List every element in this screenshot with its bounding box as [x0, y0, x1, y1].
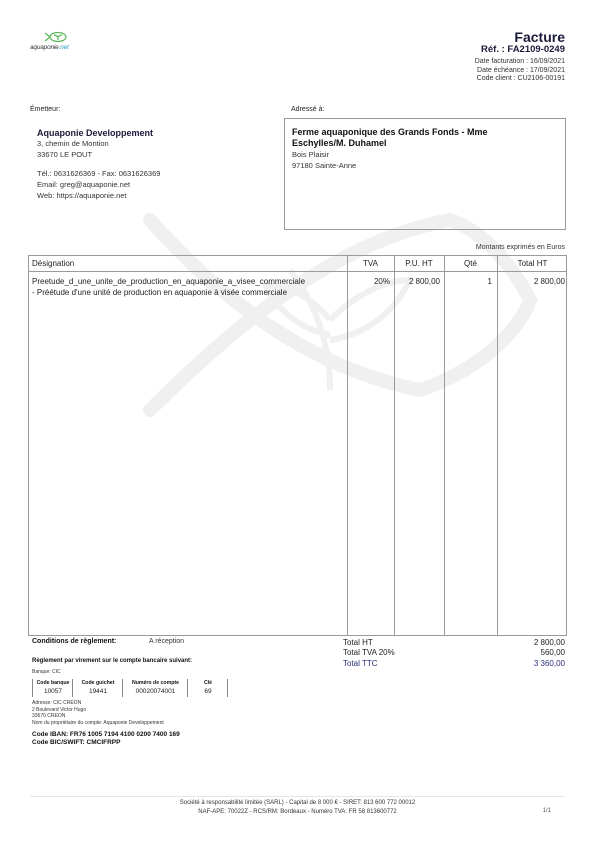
recipient-label: Adressé à:	[291, 106, 324, 113]
item-designation-code: Preetude_d_une_unite_de_production_en_aq…	[32, 277, 344, 288]
sender-label: Émetteur:	[30, 106, 60, 113]
total-ht-row: Total HT2 800,00	[343, 638, 565, 648]
total-ttc-row: Total TTC3 360,00	[343, 659, 565, 669]
invoice-reference: Réf. : FA2109-0249	[481, 44, 565, 55]
client-code: Code client : CU2106-00191	[475, 75, 565, 84]
item-unit-price: 2 800,00	[394, 277, 440, 288]
footer-divider	[30, 796, 565, 797]
branch-code-cell: Code guichet19441	[72, 679, 123, 697]
bank-name: Banque: CIC	[32, 669, 61, 675]
item-total: 2 800,00	[497, 277, 565, 288]
sender-web: Web: https://aquaponie.net	[37, 190, 275, 201]
sender-email: Email: greg@aquaponie.net	[37, 179, 275, 190]
sender-address-1: 3, chemin de Montion	[37, 138, 275, 149]
due-date: Date échéance : 17/09/2021	[475, 67, 565, 76]
bank-transfer-title: Règlement par virement sur le compte ban…	[32, 658, 192, 664]
item-designation-description: - Préétude d'une unité de production en …	[32, 288, 344, 299]
iban: Code IBAN: FR76 1005 7194 4100 0200 7400…	[32, 731, 180, 739]
currency-note: Montants exprimés en Euros	[476, 244, 565, 251]
column-header-qty: Qté	[444, 259, 497, 268]
company-logo: aquaponie.net	[28, 30, 88, 56]
sender-address-2: 33670 LE POUT	[37, 149, 275, 160]
bank-code-cell: Code banque10057	[32, 679, 73, 697]
recipient-block: Ferme aquaponique des Grands Fonds - Mme…	[284, 118, 566, 230]
invoice-date: Date facturation : 16/09/2021	[475, 58, 565, 67]
legal-footer: Société à responsabilité limitée (SARL) …	[0, 799, 595, 817]
sender-name: Aquaponie Developpement	[37, 128, 275, 138]
total-ttc-value: 3 360,00	[534, 659, 565, 669]
column-header-tva: TVA	[347, 259, 394, 268]
payment-conditions-value: A réception	[149, 638, 184, 645]
column-header-unit-price: P.U. HT	[394, 259, 444, 268]
payment-conditions-label: Conditions de règlement:	[32, 638, 116, 645]
fish-logo-icon	[28, 30, 88, 44]
sender-block: Aquaponie Developpement 3, chemin de Mon…	[30, 120, 275, 225]
column-header-designation: Désignation	[32, 259, 74, 268]
recipient-address-2: 97180 Sainte-Anne	[292, 160, 565, 171]
account-owner: Nom du propriétaire du compte: Aquaponie…	[32, 720, 164, 727]
bank-codes: Code IBAN: FR76 1005 7194 4100 0200 7400…	[32, 731, 180, 747]
bic-swift: Code BIC/SWIFT: CMCIFRPP	[32, 739, 180, 747]
bank-address: Adresse: CIC CREON 2 Boulevard Victor Hu…	[32, 700, 164, 726]
item-qty: 1	[444, 277, 492, 288]
item-tva: 20%	[347, 277, 390, 288]
rib-key-cell: Clé69	[187, 679, 228, 697]
table-row: Preetude_d_une_unite_de_production_en_aq…	[32, 277, 344, 298]
account-number-cell: Numéro de compte00020074001	[122, 679, 188, 697]
recipient-name-1: Ferme aquaponique des Grands Fonds - Mme	[292, 127, 565, 138]
recipient-address-1: Bois Plaisir	[292, 149, 565, 160]
sender-phone-fax: Tél.: 0631626369 - Fax: 0631626369	[37, 168, 275, 179]
total-tva-value: 560,00	[541, 648, 565, 658]
recipient-name-2: Eschylles/M. Duhamel	[292, 138, 565, 149]
total-ht-value: 2 800,00	[534, 638, 565, 648]
logo-text: aquaponie.net	[30, 44, 69, 51]
page-number: 1/1	[543, 808, 551, 814]
invoice-meta: Date facturation : 16/09/2021 Date échéa…	[475, 58, 565, 84]
column-header-total: Total HT	[497, 259, 568, 268]
items-table: Désignation TVA P.U. HT Qté Total HT Pre…	[28, 255, 567, 636]
totals-block: Total HT2 800,00 Total TVA 20%560,00 Tot…	[343, 638, 565, 669]
total-tva-row: Total TVA 20%560,00	[343, 648, 565, 658]
document-title: Facture	[514, 29, 565, 45]
